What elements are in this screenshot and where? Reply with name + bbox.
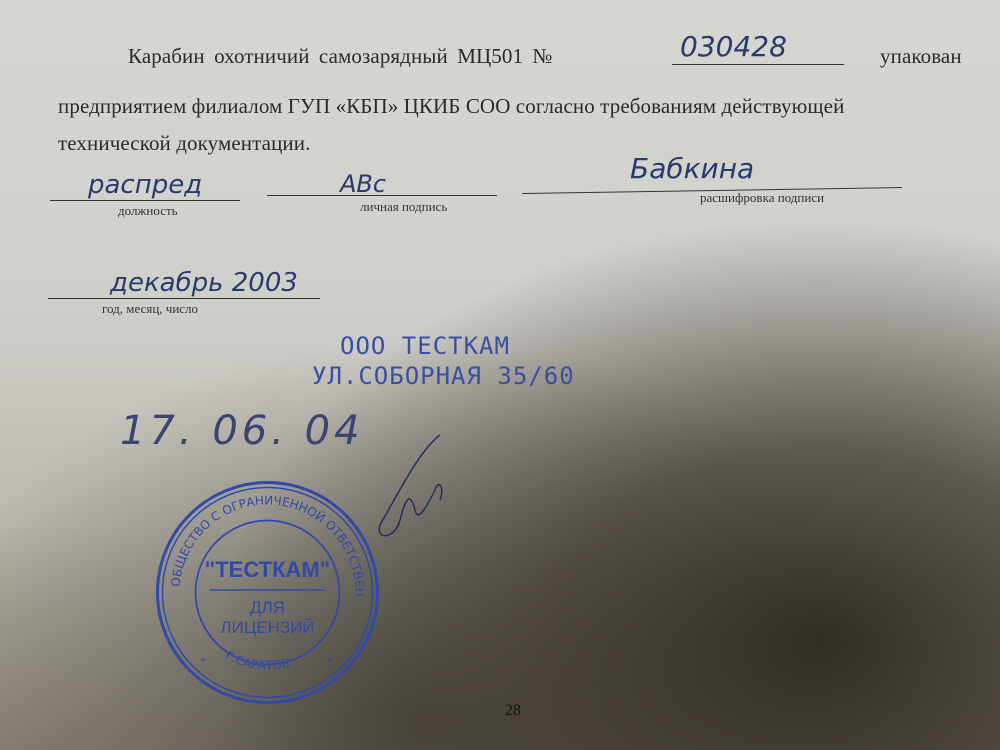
signature-line [267,195,497,196]
position-handwritten: распред [88,170,202,200]
text-line-2: предприятием филиалом ГУП «КБП» ЦКИБ СОО… [58,94,844,119]
svg-text:*: * [327,654,333,668]
svg-text:*: * [200,654,206,668]
position-line [50,200,240,201]
svg-text:ЛИЦЕНЗИЙ: ЛИЦЕНЗИЙ [220,618,314,637]
stamp-line-1: ООО ТЕСТКАМ [340,332,510,360]
date-handwritten: декабрь 2003 [110,268,298,298]
round-seal: ОБЩЕСТВО С ОГРАНИЧЕННОЙ ОТВЕТСТВЕННОСТЬЮ… [155,480,380,705]
text-line-1-start: Карабин охотничий самозарядный МЦ501 № [128,44,553,69]
page-number: 28 [505,702,521,720]
stamp-line-2: УЛ.СОБОРНАЯ 35/60 [312,362,575,390]
svg-text:"ТЕСТКАМ": "ТЕСТКАМ" [205,557,330,582]
handwritten-date: 17. 06. 04 [120,408,364,454]
serial-underline [672,64,844,65]
text-line-3: технической документации. [58,131,310,156]
date-line [48,298,320,299]
text-line-1-end: упакован [880,44,962,69]
date-label: год, месяц, число [102,301,198,317]
signature-label: личная подпись [360,199,447,215]
svg-text:ДЛЯ: ДЛЯ [250,598,285,617]
signature-handwritten: АВс [340,170,386,198]
position-label: должность [118,203,178,219]
name-label: расшифровка подписи [700,190,824,206]
seal-bottom-text: Г.САРАТОВ [223,648,291,672]
serial-number-handwritten: 030428 [680,30,787,63]
name-handwritten: Бабкина [630,152,754,185]
